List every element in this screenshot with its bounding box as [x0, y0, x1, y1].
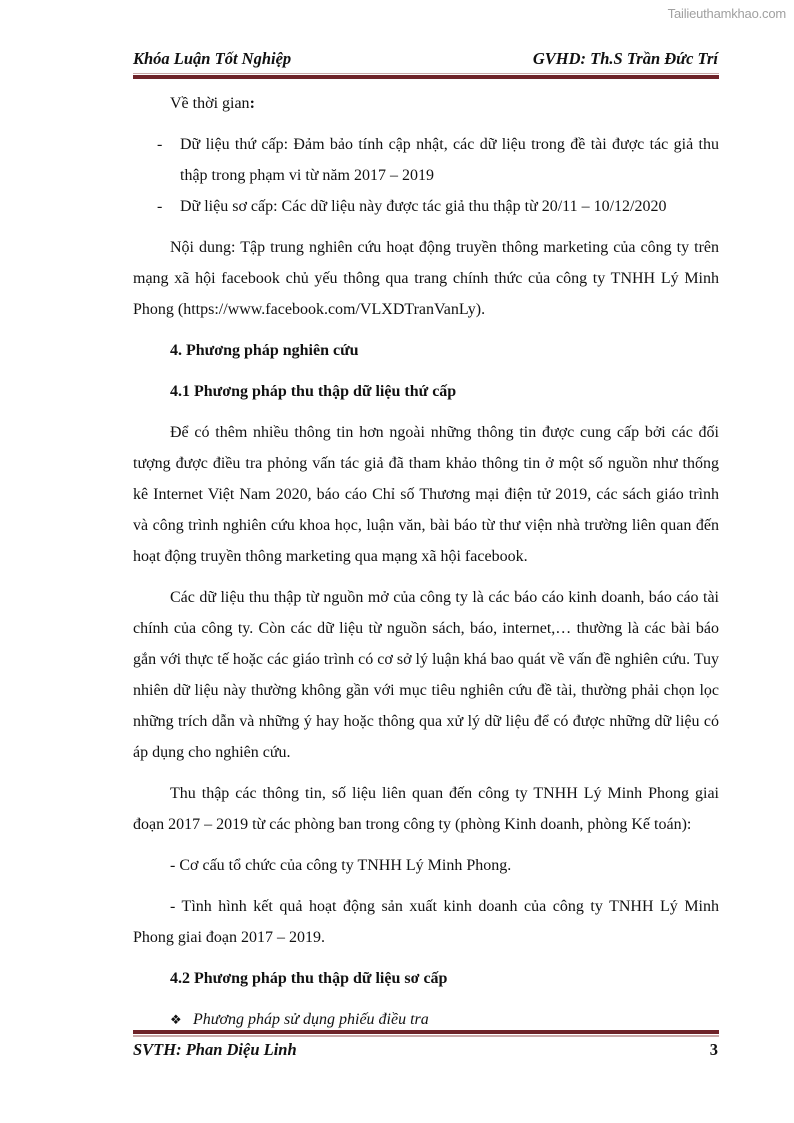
paragraph-4-1-b: Các dữ liệu thu thập từ nguồn mở của côn… [133, 582, 719, 768]
footer-student: SVTH: Phan Diệu Linh [133, 1040, 297, 1060]
list-item: - Dữ liệu thứ cấp: Đảm bảo tính cập nhật… [133, 129, 719, 191]
section-heading-4-2: 4.2 Phương pháp thu thập dữ liệu sơ cấp [133, 963, 719, 994]
paragraph-4-1-a: Để có thêm nhiều thông tin hơn ngoài nhữ… [133, 417, 719, 572]
content-paragraph: Nội dung: Tập trung nghiên cứu hoạt động… [133, 232, 719, 325]
list-item: - Dữ liệu sơ cấp: Các dữ liệu này được t… [133, 191, 719, 222]
page-body: Về thời gian: - Dữ liệu thứ cấp: Đảm bảo… [133, 88, 719, 1035]
dash-item: - Tình hình kết quả hoạt động sản xuất k… [133, 891, 719, 953]
page-footer: SVTH: Phan Diệu Linh 3 [133, 1040, 718, 1062]
footer-rule [133, 1030, 719, 1037]
section-heading-4-1: 4.1 Phương pháp thu thập dữ liệu thứ cấp [133, 376, 719, 407]
bullet-dash: - [157, 191, 162, 222]
header-thesis-title: Khóa Luận Tốt Nghiệp [133, 49, 291, 69]
time-label: Về thời gian: [133, 88, 719, 119]
dash-item: - Cơ cấu tổ chức của công ty TNHH Lý Min… [133, 850, 719, 881]
watermark: Tailieuthamkhao.com [668, 6, 786, 21]
page-number: 3 [710, 1040, 718, 1060]
paragraph-4-1-c: Thu thập các thông tin, số liệu liên qua… [133, 778, 719, 840]
header-advisor: GVHD: Th.S Trần Đức Trí [533, 49, 718, 69]
bullet-dash: - [157, 129, 162, 160]
header-rule [133, 73, 719, 79]
section-heading-4: 4. Phương pháp nghiên cứu [133, 335, 719, 366]
page-header: Khóa Luận Tốt Nghiệp GVHD: Th.S Trần Đức… [133, 49, 718, 71]
